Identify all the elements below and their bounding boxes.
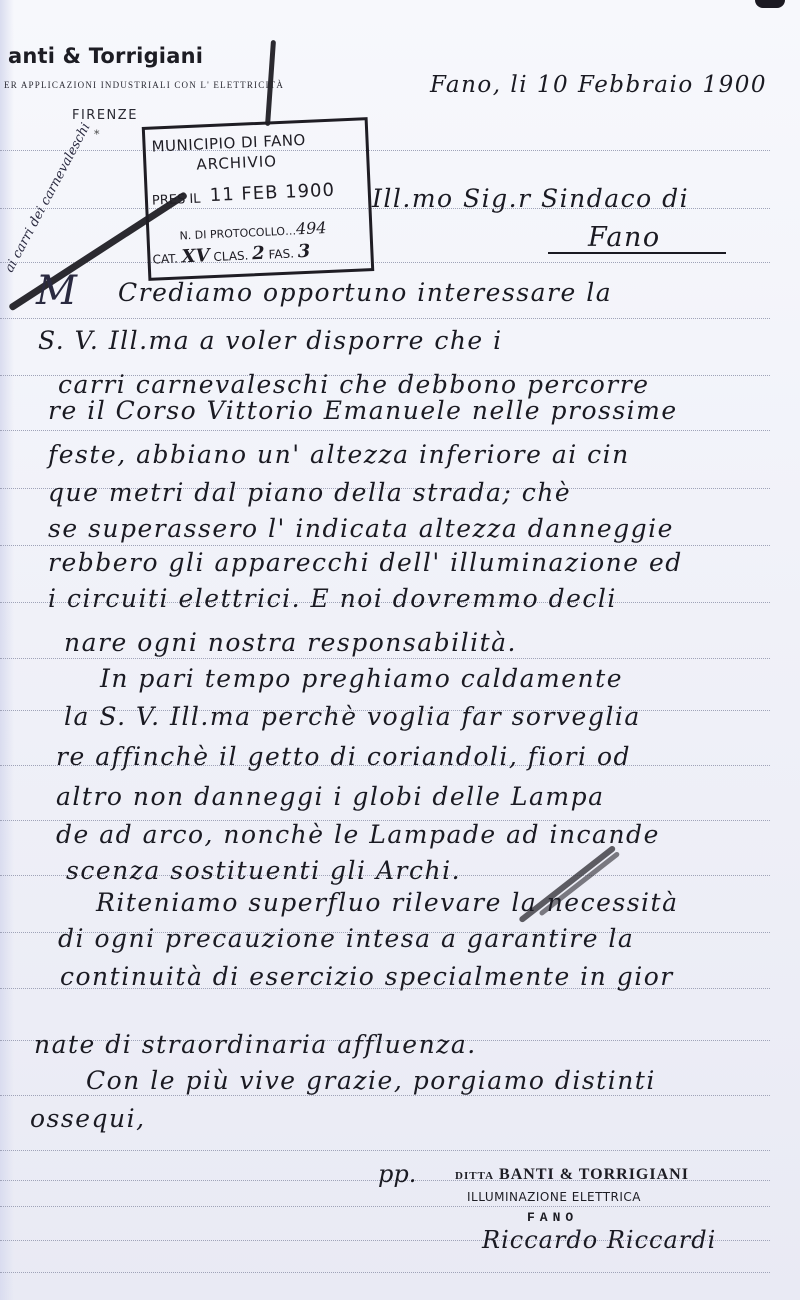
page-edge-shadow xyxy=(0,0,14,1300)
letter-body-line: de ad arco, nonchè le Lampade ad incande xyxy=(56,820,660,849)
letter-body-line: nate di straordinaria affluenza. xyxy=(34,1030,477,1059)
stamp-date: 11 FEB 1900 xyxy=(209,180,335,206)
signature-firm-name: BANTI & TORRIGIANI xyxy=(499,1166,689,1183)
corner-mark xyxy=(755,0,785,8)
ruled-line xyxy=(0,1150,770,1151)
ruled-line xyxy=(0,545,770,546)
ruled-line xyxy=(0,430,770,431)
stamp-class-value: 2 xyxy=(252,243,265,265)
ruled-line xyxy=(0,262,770,263)
ruled-line xyxy=(0,1206,770,1207)
letter-body-line: altro non danneggi i globi delle Lampa xyxy=(56,782,605,811)
signature-pp: pp. xyxy=(378,1160,416,1188)
letter-body-line: feste, abbiano un' altezza inferiore ai … xyxy=(48,440,630,469)
letter-body-line: re affinchè il getto di coriandoli, fior… xyxy=(56,742,631,771)
letter-body-line: continuità di esercizio specialmente in … xyxy=(60,962,674,991)
letter-body-line: di ogni precauzione intesa a garantire l… xyxy=(58,924,634,953)
stamp-cat-label: CAT. xyxy=(152,252,178,267)
stamp-fas-label: FAS. xyxy=(268,246,294,261)
letterhead-company: anti & Torrigiani xyxy=(8,44,203,68)
margin-initial: M xyxy=(36,268,77,314)
letter-body-line: scenza sostituenti gli Archi. xyxy=(66,856,461,885)
letterhead-subtitle: ER APPLICAZIONI INDUSTRIALI CON L' ELETT… xyxy=(4,80,284,90)
stamp-fas-value: 3 xyxy=(297,241,310,263)
letter-body-line: ossequi, xyxy=(30,1104,146,1133)
letter-body-line: Riteniamo superfluo rilevare la necessit… xyxy=(96,888,679,917)
ruled-line xyxy=(0,318,770,319)
ruled-line xyxy=(0,150,770,151)
letter-body-line: que metri dal piano della strada; chè xyxy=(48,478,571,507)
letter-body-line: nare ogni nostra responsabilità. xyxy=(64,628,517,657)
letter-body-line: la S. V. Ill.ma perchè voglia far sorveg… xyxy=(64,702,641,731)
signature-firm: DITTA BANTI & TORRIGIANI xyxy=(455,1166,689,1184)
letterhead-ornament: * xyxy=(94,128,100,141)
signature-name: Riccardo Riccardi xyxy=(482,1226,716,1254)
letter-body-line: se superassero l' indicata altezza danne… xyxy=(48,514,674,543)
letter-body-line: re il Corso Vittorio Emanuele nelle pros… xyxy=(48,396,678,425)
letter-body-line: S. V. Ill.ma a voler disporre che i xyxy=(38,326,503,355)
dateline: Fano, li 10 Febbraio 1900 xyxy=(430,72,767,98)
ruled-line xyxy=(0,1095,770,1096)
addressee-line2: Fano xyxy=(588,222,661,253)
stamp-pres-label: PRES IL xyxy=(152,192,201,209)
addressee-underline xyxy=(548,252,726,254)
ruled-line xyxy=(0,1272,770,1273)
letter-body-line: i circuiti elettrici. E noi dovremmo dec… xyxy=(48,584,617,613)
stamp-protocol: N. DI PROTOCOLLO…494 xyxy=(179,218,327,243)
letter-body-line: Con le più vive grazie, porgiamo distint… xyxy=(86,1066,656,1095)
signature-city: FANO xyxy=(527,1210,578,1225)
addressee-line1: Ill.mo Sig.r Sindaco di xyxy=(372,184,689,213)
stamp-archive: ARCHIVIO xyxy=(196,152,277,173)
letter-body-line: rebbero gli apparecchi dell' illuminazio… xyxy=(48,548,683,577)
stamp-classification: CAT. XV CLAS. 2 FAS. 3 xyxy=(152,241,311,269)
archive-stamp: MUNICIPIO DI FANO ARCHIVIO PRES IL 11 FE… xyxy=(142,117,375,281)
ruled-line xyxy=(0,658,770,659)
letter-body-line: In pari tempo preghiamo caldamente xyxy=(100,664,623,693)
stamp-cat-value: XV xyxy=(181,245,210,267)
stamp-protocol-value: 494 xyxy=(296,218,327,238)
letter-body-line: Crediamo opportuno interessare la xyxy=(118,278,612,307)
signature-subtitle: ILLUMINAZIONE ELETTRICA xyxy=(467,1190,641,1204)
letter-body-line: carri carnevaleschi che debbono percorre xyxy=(58,370,650,399)
stamp-class-label: CLAS. xyxy=(213,248,249,264)
stamp-municipality: MUNICIPIO DI FANO xyxy=(151,131,306,156)
stamp-protocol-label: N. DI PROTOCOLLO xyxy=(179,225,285,243)
signature-firm-prefix: DITTA xyxy=(455,1170,494,1182)
